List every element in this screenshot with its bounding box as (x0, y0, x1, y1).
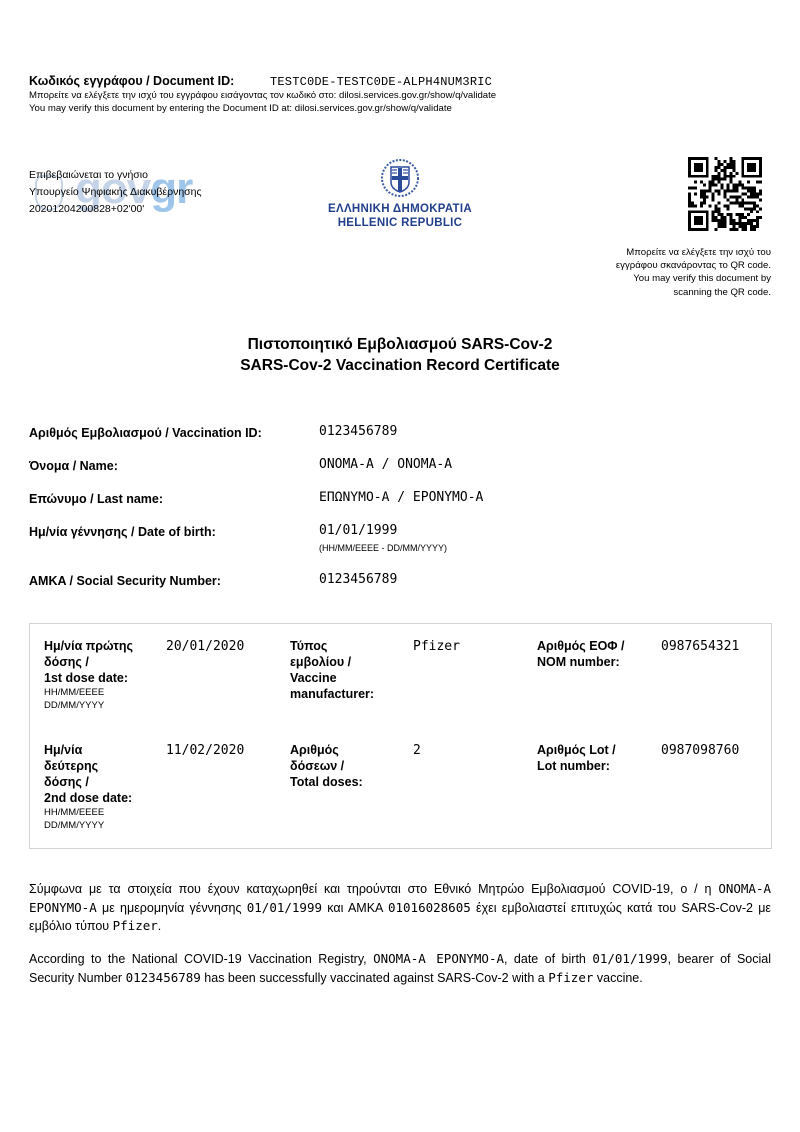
statement-text: . (158, 919, 161, 933)
statement-text: According to the National COVID-19 Vacci… (29, 952, 373, 966)
label-line: manufacturer: (290, 686, 390, 702)
lot-number-value: 0987098760 (661, 743, 739, 758)
label-line: Αριθμός Lot / (537, 742, 647, 758)
personal-details: Αριθμός Εμβολιασμού / Vaccination ID: 01… (29, 424, 769, 605)
digital-signature-stamp: govgr Επιβεβαιώνεται το γνήσιο Υπουργείο… (29, 163, 269, 223)
first-dose-date-label: Ημ/νία πρώτης δόσης / 1st dose date: HH/… (44, 638, 154, 712)
field-value: ONOMA-A / ONOMA-A (319, 457, 452, 472)
second-dose-date-value: 11/02/2020 (166, 743, 244, 758)
field-value: 0123456789 (319, 572, 397, 587)
label-line: Ημ/νία πρώτης (44, 638, 154, 654)
lot-number-label: Αριθμός Lot / Lot number: (537, 742, 647, 774)
statement-greek: Σύμφωνα με τα στοιχεία που έχουν καταχωρ… (29, 880, 771, 936)
field-value: ΕΠΩΝΥΜΟ-Α / EPONYMO-A (319, 490, 483, 505)
signature-line-1: Επιβεβαιώνεται το γνήσιο (29, 167, 202, 184)
field-label: Όνομα / Name: (29, 459, 118, 473)
statement-text: , date of birth (504, 952, 592, 966)
statement-ssn: 0123456789 (126, 970, 201, 985)
label-line: εμβολίου / (290, 654, 390, 670)
signature-timestamp: 20201204200828+02'00' (29, 201, 202, 218)
statement-text: με ημερομηνία γέννησης (97, 901, 247, 915)
field-label: Ημ/νία γέννησης / Date of birth: (29, 525, 216, 539)
label-line: 2nd dose date: (44, 790, 154, 806)
field-label: Αριθμός Εμβολιασμού / Vaccination ID: (29, 426, 262, 440)
nom-number-label: Αριθμός ΕΟΦ / NOM number: (537, 638, 647, 670)
field-amka: AMKA / Social Security Number: 012345678… (29, 572, 769, 605)
statement-english: According to the National COVID-19 Vacci… (29, 950, 771, 987)
nom-number-value: 0987654321 (661, 639, 739, 654)
statement-name: ONOMA-A EPONYMO-A (373, 951, 504, 966)
statement-dob: 01/01/1999 (247, 900, 322, 915)
label-line: Αριθμός ΕΟΦ / (537, 638, 647, 654)
signature-line-2: Υπουργείο Ψηφιακής Διακυβέρνησης (29, 184, 202, 201)
qr-code-icon (688, 157, 762, 231)
field-date-of-birth: Ημ/νία γέννησης / Date of birth: 01/01/1… (29, 523, 769, 572)
date-format-hint: HH/MM/EEEE (44, 806, 154, 819)
field-value: 01/01/1999 (319, 523, 397, 538)
field-label: Επώνυμο / Last name: (29, 492, 163, 506)
title-gr: Πιστοποιητικό Εμβολιασμού SARS-Cov-2 (0, 334, 800, 355)
label-line: δόσεων / (290, 758, 390, 774)
document-id-block: Κωδικός εγγράφου / Document ID:TESTC0DE-… (29, 74, 496, 115)
date-format-hint: DD/MM/YYYY (44, 819, 154, 832)
label-line: δόσης / (44, 654, 154, 670)
label-line: δόσης / (44, 774, 154, 790)
qr-caption-line: Μπορείτε να ελέγξετε την ισχύ του (616, 246, 771, 259)
logo-text-gr: ΕΛΛΗΝΙΚΗ ΔΗΜΟΚΡΑΤΙΑ (318, 202, 482, 216)
qr-caption: Μπορείτε να ελέγξετε την ισχύ του εγγράφ… (616, 246, 771, 299)
label-line: Vaccine (290, 670, 390, 686)
coat-of-arms-icon (380, 158, 420, 198)
field-name: Όνομα / Name: ONOMA-A / ONOMA-A (29, 457, 769, 490)
doses-table: Ημ/νία πρώτης δόσης / 1st dose date: HH/… (29, 623, 772, 849)
date-format-hint: DD/MM/YYYY (44, 699, 154, 712)
statement-text: has been successfully vaccinated against… (201, 971, 548, 985)
label-line: Τύπος (290, 638, 390, 654)
first-dose-date-value: 20/01/2020 (166, 639, 244, 654)
verify-text-en: You may verify this document by entering… (29, 102, 496, 115)
manufacturer-value: Pfizer (413, 639, 460, 654)
hellenic-republic-logo: ΕΛΛΗΝΙΚΗ ΔΗΜΟΚΡΑΤΙΑ HELLENIC REPUBLIC (318, 158, 482, 234)
certificate-title: Πιστοποιητικό Εμβολιασμού SARS-Cov-2 SAR… (0, 334, 800, 376)
label-line: δεύτερης (44, 758, 154, 774)
date-format-hint: HH/MM/EEEE (44, 686, 154, 699)
total-doses-value: 2 (413, 743, 421, 758)
label-line: 1st dose date: (44, 670, 154, 686)
label-line: Total doses: (290, 774, 390, 790)
label-line: Lot number: (537, 758, 647, 774)
field-vaccination-id: Αριθμός Εμβολιασμού / Vaccination ID: 01… (29, 424, 769, 457)
manufacturer-label: Τύπος εμβολίου / Vaccine manufacturer: (290, 638, 390, 702)
statement-dob: 01/01/1999 (592, 951, 667, 966)
statement-vaccine: Pfizer (113, 918, 158, 933)
label-line: Αριθμός (290, 742, 390, 758)
date-format-hint: (HH/MM/EEEE - DD/MM/YYYY) (319, 543, 447, 553)
statement-text: vaccine. (593, 971, 642, 985)
total-doses-label: Αριθμός δόσεων / Total doses: (290, 742, 390, 790)
logo-text-en: HELLENIC REPUBLIC (318, 216, 482, 230)
statement-amka: 01016028605 (388, 900, 471, 915)
label-line: Ημ/νία (44, 742, 154, 758)
document-id-value: TESTC0DE-TESTC0DE-ALPH4NUM3RIC (270, 75, 492, 89)
qr-caption-line: scanning the QR code. (616, 286, 771, 299)
field-value: 0123456789 (319, 424, 397, 439)
title-en: SARS-Cov-2 Vaccination Record Certificat… (0, 355, 800, 376)
label-line: NOM number: (537, 654, 647, 670)
statement-text: Σύμφωνα με τα στοιχεία που έχουν καταχωρ… (29, 882, 718, 896)
qr-caption-line: εγγράφου σκανάροντας το QR code. (616, 259, 771, 272)
verify-text-gr: Μπορείτε να ελέγξετε την ισχύ του εγγράφ… (29, 89, 496, 102)
statement-vaccine: Pfizer (548, 970, 593, 985)
field-label: AMKA / Social Security Number: (29, 574, 221, 588)
document-id-label: Κωδικός εγγράφου / Document ID: (29, 74, 270, 88)
second-dose-date-label: Ημ/νία δεύτερης δόσης / 2nd dose date: H… (44, 742, 154, 832)
field-last-name: Επώνυμο / Last name: ΕΠΩΝΥΜΟ-Α / EPONYMO… (29, 490, 769, 523)
statement-text: και ΑΜΚΑ (322, 901, 388, 915)
qr-caption-line: You may verify this document by (616, 272, 771, 285)
